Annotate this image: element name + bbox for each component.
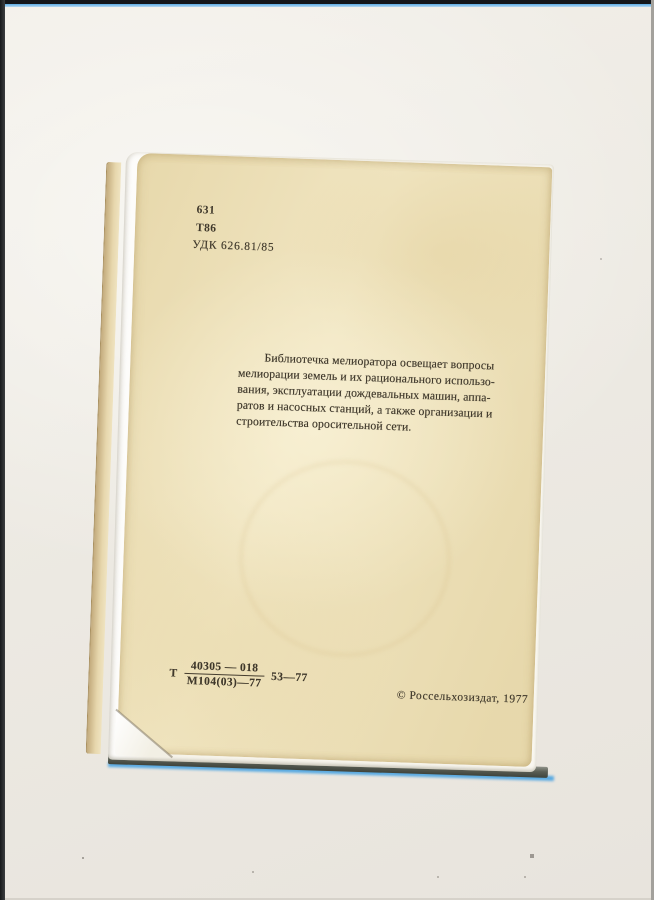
scanner-background: 631 Т86 УДК 626.81/85 Библиотечка мелиор… [0, 0, 654, 900]
imprint-prefix: Т [169, 667, 177, 679]
book-page: 631 Т86 УДК 626.81/85 Библиотечка мелиор… [117, 153, 553, 767]
book: 631 Т86 УДК 626.81/85 Библиотечка мелиор… [0, 0, 654, 900]
copyright-line: © Россельхозиздат, 1977 [397, 689, 529, 706]
imprint-index: Т 40305 — 018 М104(03)—77 53—77 [169, 659, 308, 691]
annotation-paragraph: Библиотечка мелиоратора освещает вопросы… [236, 349, 497, 438]
imprint-suffix: 53—77 [271, 670, 308, 683]
ring-stain [236, 457, 454, 660]
fraction-denominator: М104(03)—77 [184, 673, 264, 690]
scanner-edge-top-blue-line [0, 4, 654, 7]
call-number-line2: Т86 [196, 219, 217, 238]
call-number: 631 Т86 [196, 201, 218, 238]
call-number-line1: 631 [196, 201, 217, 220]
scanner-edge-left [0, 0, 5, 900]
udc-code: УДК 626.81/85 [192, 239, 274, 254]
imprint-fraction: 40305 — 018 М104(03)—77 [184, 660, 265, 690]
